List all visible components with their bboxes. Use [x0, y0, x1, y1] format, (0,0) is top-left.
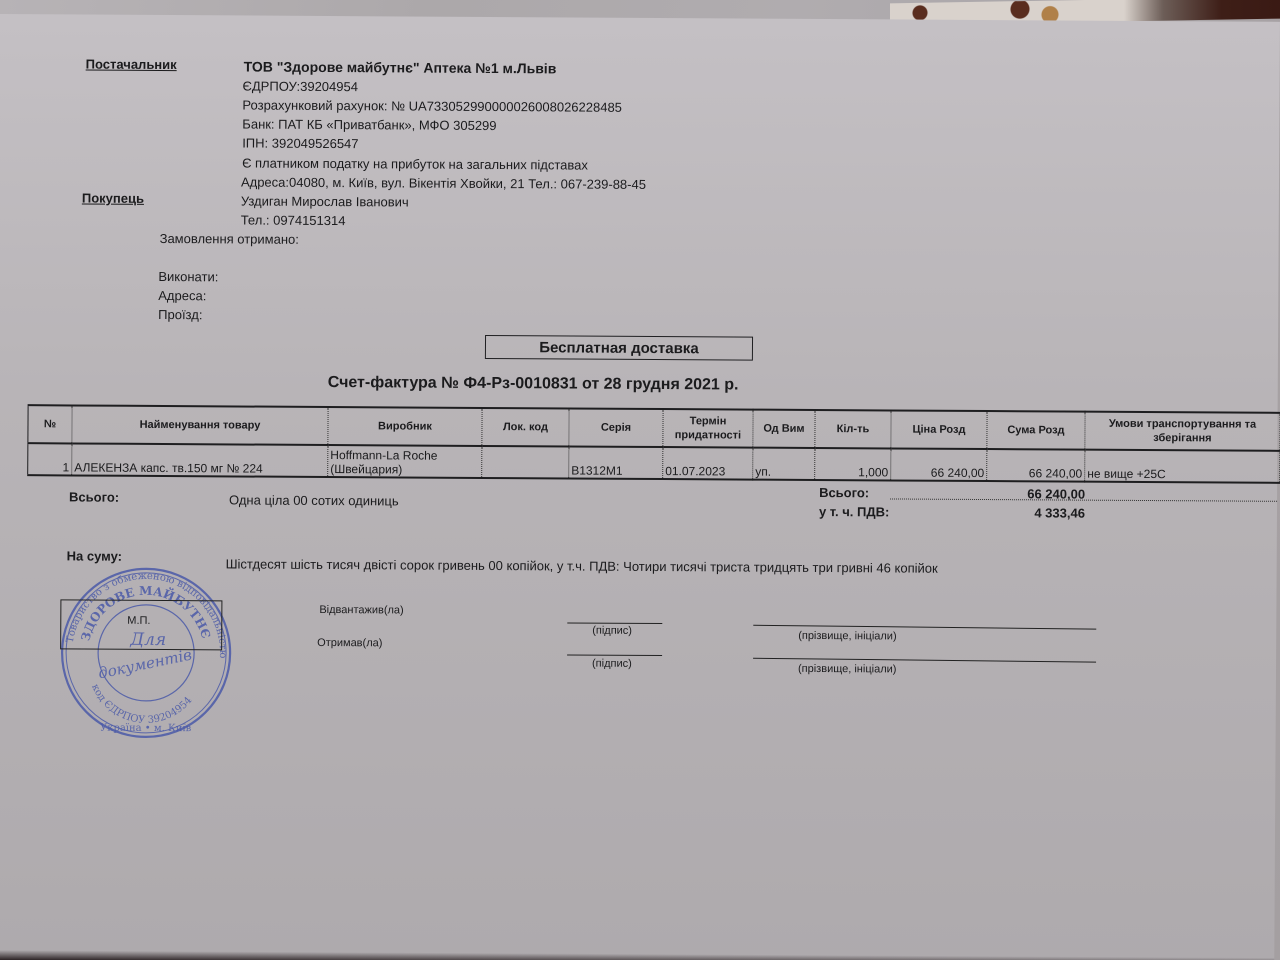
- items-table: № Найменування товару Виробник Лок. код …: [27, 404, 1280, 484]
- supplier-ipn: ІПН: 392049526547: [242, 135, 358, 151]
- col-local-code: Лок. код: [482, 408, 569, 447]
- free-delivery-text: Бесплатная доставка: [539, 339, 699, 357]
- received-label: Отримав(ла): [317, 637, 382, 649]
- manufacturer-line1: Hoffmann-La Roche: [330, 448, 479, 463]
- shipped-label: Відвантажив(ла): [319, 604, 403, 617]
- cell-series: B1312M1: [569, 446, 663, 479]
- col-name: Найменування товару: [72, 405, 328, 445]
- mp-box: М.П.: [60, 599, 222, 650]
- supplier-name: ТОВ "Здорове майбутнє" Аптека №1 м.Львів: [244, 58, 557, 76]
- supplier-edrpou: ЄДРПОУ:39204954: [243, 78, 359, 94]
- cell-storage: не вище +25С: [1085, 450, 1280, 483]
- invoice-title: Счет-фактура № Ф4-Рз-0010831 от 28 грудн…: [328, 374, 739, 395]
- cell-name: АЛЕКЕНЗА капс. тв.150 мг № 224: [72, 443, 328, 477]
- supplier-address: Адреса:04080, м. Київ, вул. Вікентія Хво…: [241, 174, 646, 191]
- execute-label: Виконати:: [158, 269, 218, 284]
- total-left-label: Всього:: [69, 489, 119, 504]
- route-label: Проїзд:: [158, 307, 202, 322]
- vat-value: 4 333,46: [957, 505, 1085, 521]
- items-in-words: Одна ціла 00 сотих одиниць: [229, 492, 399, 508]
- supplier-label: Постачальник: [86, 57, 177, 73]
- supplier-account: Розрахунковий рахунок: № UA7330529900000…: [242, 97, 622, 114]
- manufacturer-line2: (Швейцария): [330, 462, 479, 477]
- cell-qty: 1,000: [815, 448, 891, 480]
- cell-expiry: 01.07.2023: [663, 447, 753, 480]
- cell-unit: уп.: [753, 448, 815, 480]
- amount-in-words: Шістдесят шість тисяч двісті сорок гриве…: [226, 556, 938, 575]
- col-series: Серія: [569, 408, 663, 447]
- amount-label: На суму:: [67, 548, 122, 563]
- col-manufacturer: Виробник: [328, 407, 482, 446]
- buyer-name: Уздиган Мирослав Іванович: [241, 193, 409, 209]
- paper-bottom-edge: [0, 950, 1274, 960]
- order-received-label: Замовлення отримано:: [160, 231, 299, 247]
- svg-text:Україна • м. Київ: Україна • м. Київ: [100, 723, 192, 735]
- buyer-label: Покупець: [82, 191, 144, 206]
- supplier-bank: Банк: ПАТ КБ «Приватбанк», МФО 305299: [242, 116, 496, 133]
- vat-label: у т. ч. ПДВ:: [819, 504, 889, 519]
- svg-text:код ЄДРПОУ 39204954: код ЄДРПОУ 39204954: [89, 683, 195, 727]
- col-storage: Умови транспортування та зберігання: [1085, 412, 1280, 451]
- shipped-name-caption: (прізвище, ініціали): [798, 630, 896, 643]
- received-signature-line[interactable]: [567, 654, 662, 656]
- total-label: Всього:: [819, 485, 869, 500]
- cell-no: 1: [28, 443, 72, 475]
- address-label: Адреса:: [158, 288, 206, 303]
- shipped-name-line[interactable]: [753, 625, 1096, 630]
- table-row: 1 АЛЕКЕНЗА капс. тв.150 мг № 224 Hoffman…: [28, 443, 1280, 483]
- col-unit: Од Вим: [753, 410, 815, 448]
- received-name-line[interactable]: [753, 658, 1096, 663]
- cell-manufacturer: Hoffmann-La Roche (Швейцария): [328, 445, 482, 478]
- col-qty: Кіл-ть: [815, 410, 891, 448]
- buyer-phone: Тел.: 0974151314: [241, 212, 346, 228]
- col-no: №: [28, 405, 72, 443]
- supplier-tax-status: Є платником податку на прибуток на загал…: [242, 155, 588, 172]
- free-delivery-box: Бесплатная доставка: [485, 335, 753, 361]
- cell-sum: 66 240,00: [987, 449, 1085, 482]
- received-signature-caption: (підпис): [592, 658, 632, 670]
- svg-text:документів: документів: [97, 646, 194, 683]
- cell-price: 66 240,00: [891, 448, 987, 481]
- col-expiry: Термін придатності: [663, 409, 753, 448]
- col-sum: Сума Розд: [987, 411, 1085, 450]
- invoice-document: Постачальник ТОВ "Здорове майбутнє" Апте…: [0, 14, 1280, 960]
- col-price: Ціна Розд: [891, 410, 987, 449]
- company-stamp: Товариство з обмеженою відповідальністю …: [58, 564, 235, 741]
- shipped-signature-caption: (підпис): [592, 625, 632, 637]
- received-name-caption: (прізвище, ініціали): [798, 663, 896, 676]
- cell-local-code: [482, 446, 569, 479]
- mp-label: М.П.: [127, 615, 150, 627]
